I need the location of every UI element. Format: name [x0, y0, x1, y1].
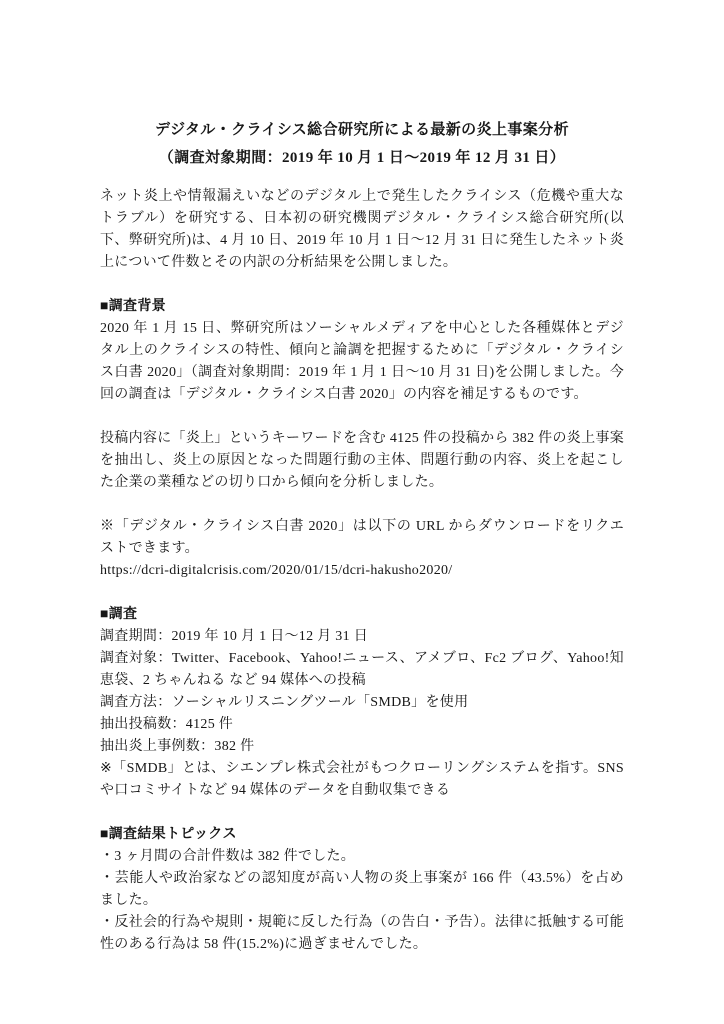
section-background: ■調査背景 2020 年 1 月 15 日、弊研究所はソーシャルメディアを中心と…	[100, 296, 624, 406]
topics-bullet-total: ・3 ヶ月間の合計件数は 382 件でした。	[100, 846, 624, 868]
section-survey: ■調査 調査期間：2019 年 10 月 1 日～12 月 31 日 調査対象：…	[100, 604, 624, 802]
document-page: デジタル・クライシス総合研究所による最新の炎上事案分析 （調査対象期間：2019…	[0, 0, 724, 1024]
whitepaper-note-block: ※「デジタル・クライシス白書 2020」は以下の URL からダウンロードをリク…	[100, 516, 624, 582]
whitepaper-url: https://dcri-digitalcrisis.com/2020/01/1…	[100, 560, 624, 582]
survey-line-post-count: 抽出投稿数：4125 件	[100, 714, 624, 736]
intro-paragraph: ネット炎上や情報漏えいなどのデジタル上で発生したクライシス（危機や重大なトラブル…	[100, 186, 624, 274]
document-subtitle: （調査対象期間：2019 年 10 月 1 日～2019 年 12 月 31 日…	[100, 144, 624, 172]
topics-heading: ■調査結果トピックス	[100, 824, 624, 846]
section-topics: ■調査結果トピックス ・3 ヶ月間の合計件数は 382 件でした。 ・芸能人や政…	[100, 824, 624, 956]
survey-line-smdb-note: ※「SMDB」とは、シエンプレ株式会社がもつクローリングシステムを指す。SNS …	[100, 758, 624, 802]
survey-line-case-count: 抽出炎上事例数：382 件	[100, 736, 624, 758]
title-block: デジタル・クライシス総合研究所による最新の炎上事案分析 （調査対象期間：2019…	[100, 116, 624, 172]
document-title: デジタル・クライシス総合研究所による最新の炎上事案分析	[100, 116, 624, 144]
background-paragraph: 2020 年 1 月 15 日、弊研究所はソーシャルメディアを中心とした各種媒体…	[100, 318, 624, 406]
survey-heading: ■調査	[100, 604, 624, 626]
topics-bullet-celebrity: ・芸能人や政治家などの認知度が高い人物の炎上事案が 166 件（43.5%）を占…	[100, 868, 624, 912]
survey-line-targets: 調査対象：Twitter、Facebook、Yahoo!ニュース、アメブロ、Fc…	[100, 648, 624, 692]
background-heading: ■調査背景	[100, 296, 624, 318]
survey-line-period: 調査期間：2019 年 10 月 1 日～12 月 31 日	[100, 626, 624, 648]
survey-line-method: 調査方法：ソーシャルリスニングツール「SMDB」を使用	[100, 692, 624, 714]
topics-bullet-antisocial: ・反社会的行為や規則・規範に反した行為（の告白・予告）。法律に抵触する可能性のあ…	[100, 912, 624, 956]
extraction-paragraph: 投稿内容に「炎上」というキーワードを含む 4125 件の投稿から 382 件の炎…	[100, 428, 624, 494]
whitepaper-note: ※「デジタル・クライシス白書 2020」は以下の URL からダウンロードをリク…	[100, 516, 624, 560]
